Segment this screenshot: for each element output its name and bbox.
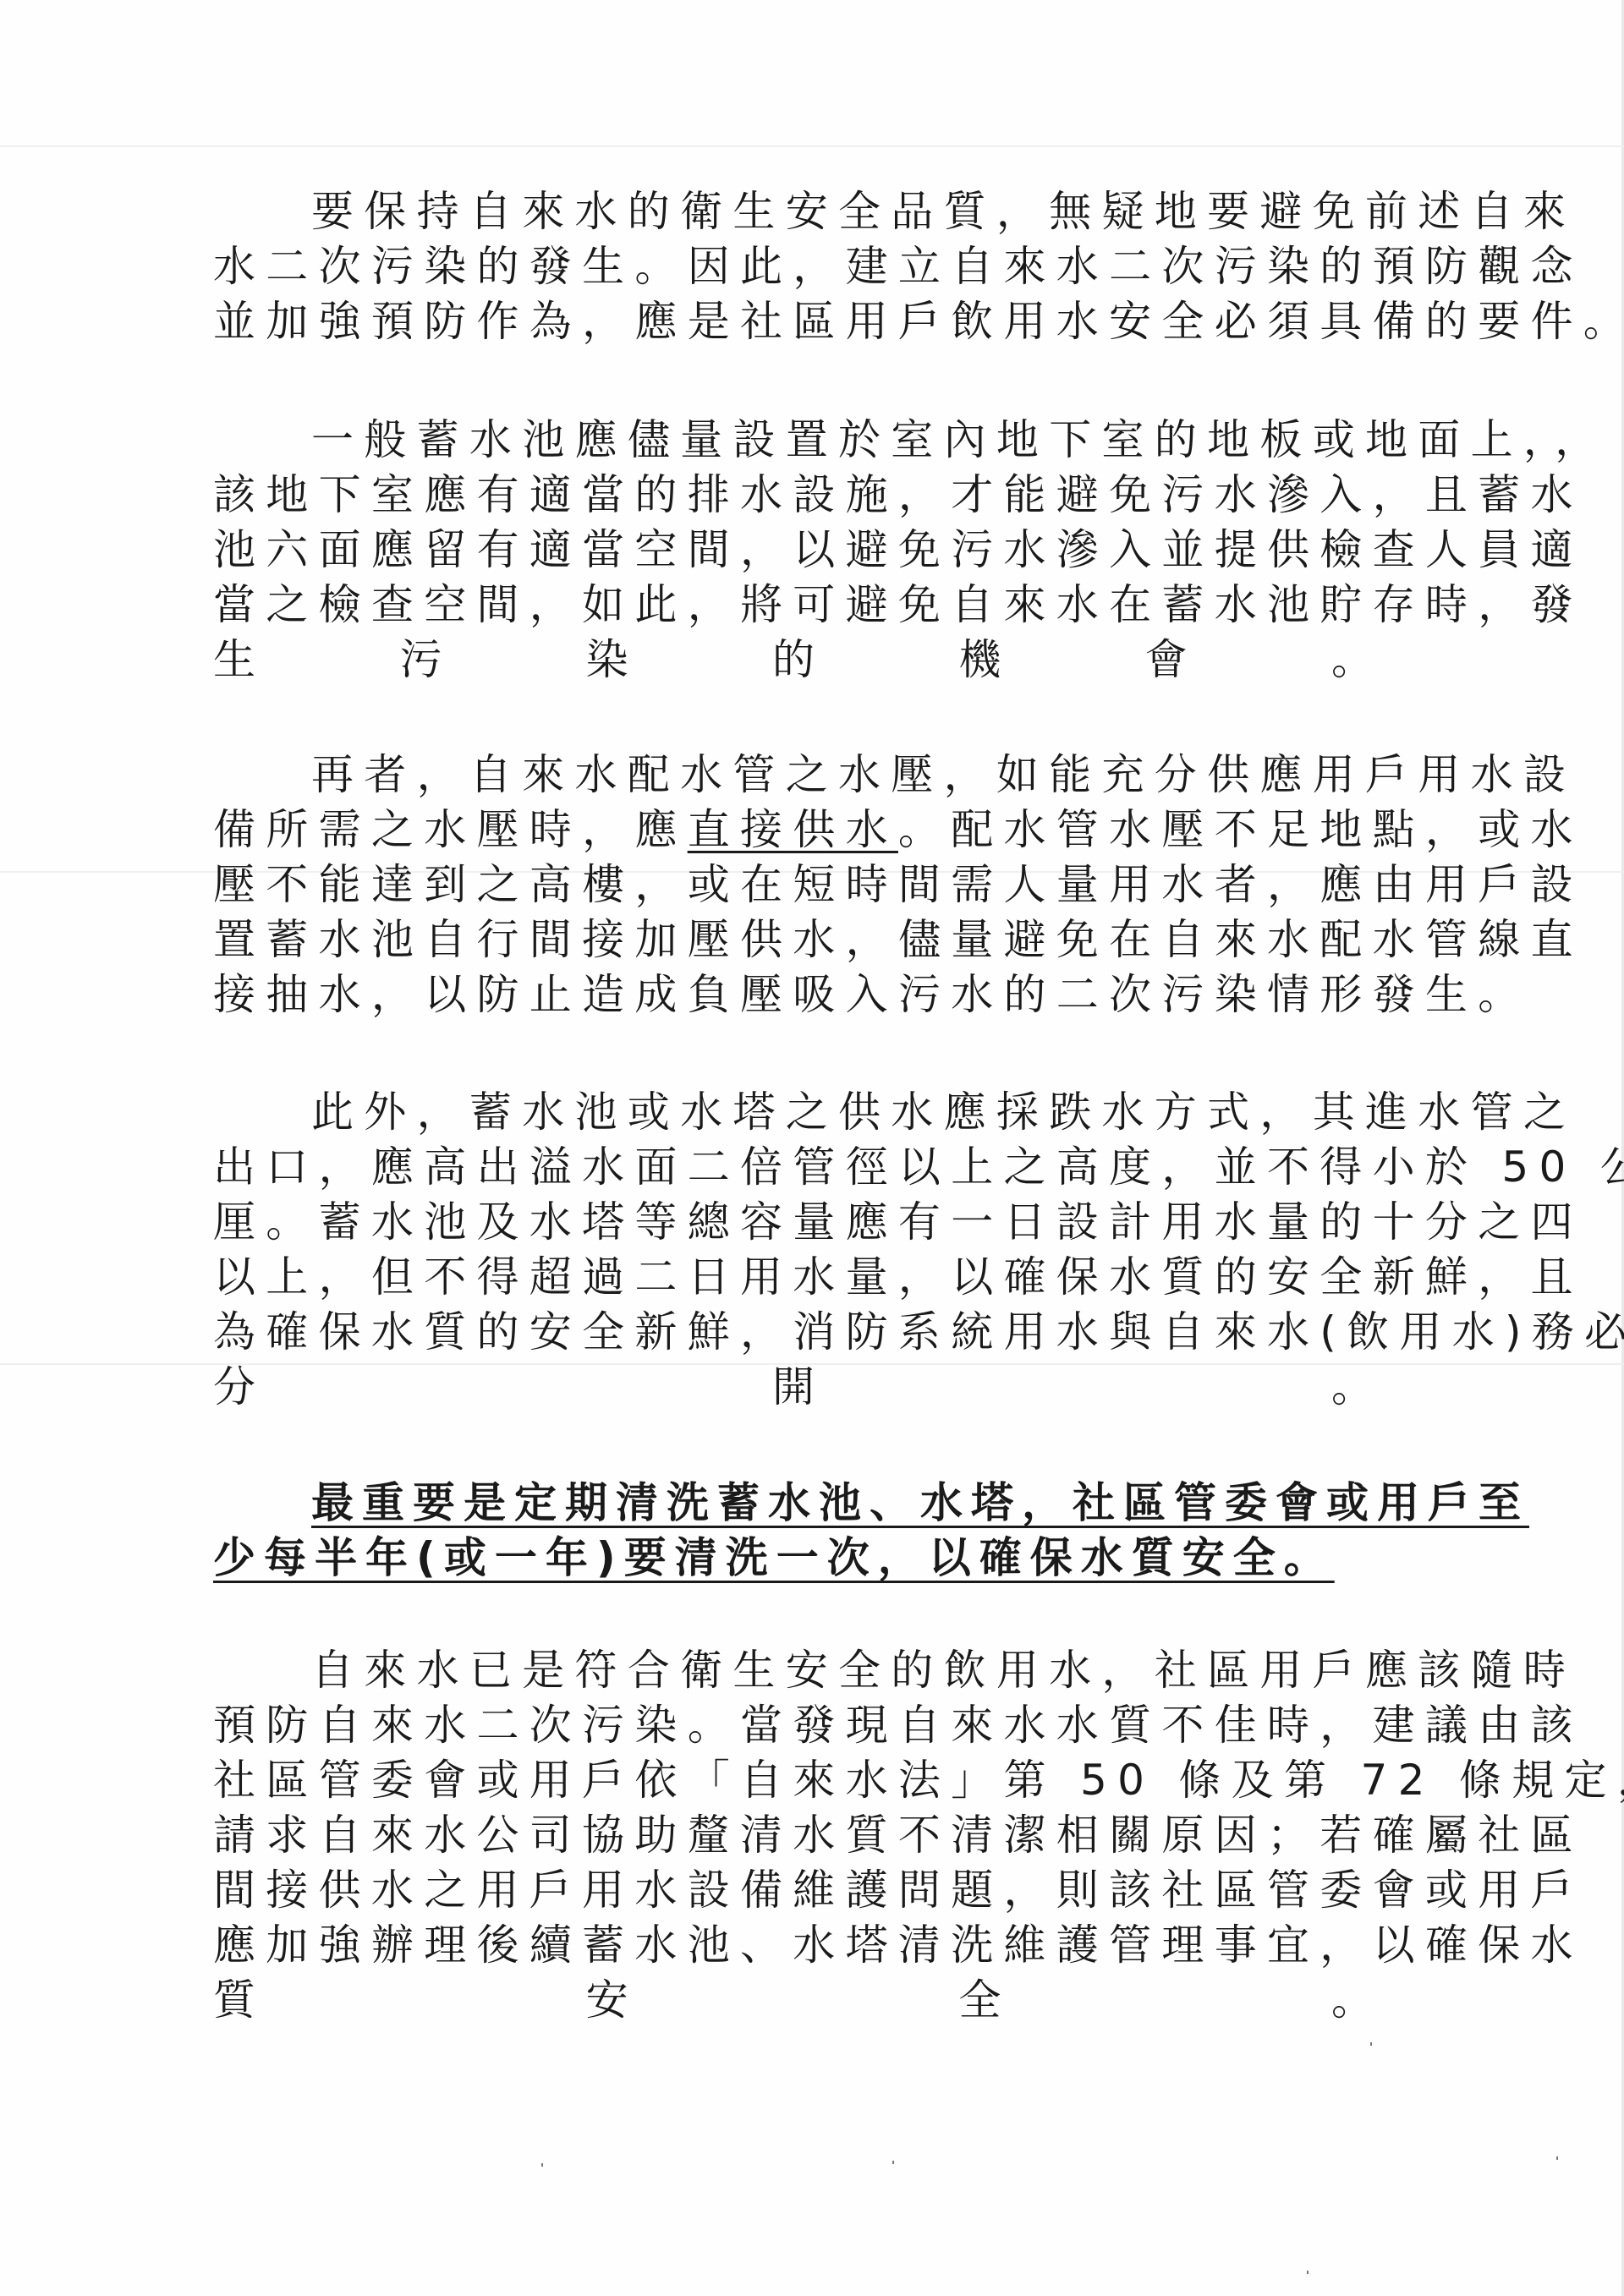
char: 的 bbox=[772, 633, 815, 688]
text-line-with-underline: 備所需之水壓時，應直接供水。配水管水壓不足地點，或水 bbox=[213, 803, 1391, 858]
text-line-justified: 生 污 染 的 機 會 。 bbox=[213, 633, 1391, 688]
text-line: 水二次污染的發生。因此，建立自來水二次污染的預防觀念 bbox=[213, 239, 1391, 294]
scan-speck bbox=[1307, 2271, 1309, 2274]
scan-speck bbox=[892, 2161, 894, 2164]
text-line-emphasis: 少每半年(或一年)要清洗一次，以確保水質安全。 bbox=[213, 1531, 1391, 1586]
text-line-emphasis: 最重要是定期清洗蓄水池、水塔，社區管委會或用戶至 bbox=[213, 1476, 1391, 1531]
char: 分 bbox=[213, 1360, 255, 1415]
paragraph-water-quality-intro: 要保持自來水的衛生安全品質，無疑地要避免前述自來 水二次污染的發生。因此，建立自… bbox=[213, 184, 1391, 349]
text-segment: 備所需之水壓時，應 bbox=[213, 805, 688, 854]
text-line: 為確保水質的安全新鮮，消防系統用水與自來水(飲用水)務必 bbox=[213, 1305, 1391, 1360]
char: 污 bbox=[399, 633, 442, 688]
text-line: 接抽水，以防止造成負壓吸入污水的二次污染情形發生。 bbox=[213, 967, 1391, 1022]
text-line: 自來水已是符合衛生安全的飲用水，社區用戶應該隨時 bbox=[213, 1643, 1391, 1698]
paragraph-direct-supply: 再者，自來水配水管之水壓，如能充分供應用戶用水設 備所需之水壓時，應直接供水。配… bbox=[213, 748, 1391, 1022]
scan-speck bbox=[541, 2163, 543, 2167]
char: 。 bbox=[1331, 633, 1374, 688]
text-line: 置蓄水池自行間接加壓供水，儘量避免在自來水配水管線直 bbox=[213, 912, 1391, 967]
underlined-text: 最重要是定期清洗蓄水池、水塔，社區管委會或用戶至 bbox=[311, 1478, 1529, 1527]
text-line: 池六面應留有適當空間，以避免污水滲入並提供檢查人員適 bbox=[213, 523, 1391, 578]
char: 。 bbox=[1331, 1360, 1374, 1415]
text-line: 預防自來水二次污染。當發現自來水水質不佳時，建議由該 bbox=[213, 1698, 1391, 1753]
char: 安 bbox=[586, 1973, 628, 2028]
paragraph-cleaning-emphasis: 最重要是定期清洗蓄水池、水塔，社區管委會或用戶至 少每半年(或一年)要清洗一次，… bbox=[213, 1476, 1391, 1586]
char: 染 bbox=[586, 633, 628, 688]
scan-speck bbox=[1556, 2156, 1558, 2160]
char: 會 bbox=[1145, 633, 1188, 688]
text-line: 該地下室應有適當的排水設施，才能避免污水滲入，且蓄水 bbox=[213, 468, 1391, 523]
text-line: 間接供水之用戶用水設備維護問題，則該社區管委會或用戶 bbox=[213, 1863, 1391, 1918]
char: 。 bbox=[1331, 1973, 1374, 2028]
text-line: 社區管委會或用戶依「自來水法」第 50 條及第 72 條規定， bbox=[213, 1753, 1391, 1808]
char: 全 bbox=[958, 1973, 1001, 2028]
paragraph-reservoir-placement: 一般蓄水池應儘量設置於室內地下室的地板或地面上，， 該地下室應有適當的排水設施，… bbox=[213, 413, 1391, 688]
char: 生 bbox=[213, 633, 255, 688]
text-line: 厘。蓄水池及水塔等總容量應有一日設計用水量的十分之四 bbox=[213, 1195, 1391, 1250]
text-segment: 。配水管水壓不足地點，或水 bbox=[898, 805, 1583, 854]
paragraph-secondary-contamination: 自來水已是符合衛生安全的飲用水，社區用戶應該隨時 預防自來水二次污染。當發現自來… bbox=[213, 1643, 1391, 2028]
paragraph-tank-capacity: 此外，蓄水池或水塔之供水應採跌水方式，其進水管之 出口，應高出溢水面二倍管徑以上… bbox=[213, 1085, 1391, 1415]
underlined-text: 少每半年(或一年)要清洗一次，以確保水質安全。 bbox=[213, 1533, 1335, 1582]
text-line: 要保持自來水的衛生安全品質，無疑地要避免前述自來 bbox=[213, 184, 1391, 239]
scan-artifact-band bbox=[0, 145, 1624, 147]
char: 開 bbox=[772, 1360, 815, 1415]
char: 機 bbox=[958, 633, 1001, 688]
char: 質 bbox=[213, 1973, 255, 2028]
text-line: 以上，但不得超過二日用水量，以確保水質的安全新鮮，且 bbox=[213, 1250, 1391, 1305]
text-line-justified: 分 開 。 bbox=[213, 1360, 1391, 1415]
text-line: 一般蓄水池應儘量設置於室內地下室的地板或地面上，， bbox=[213, 413, 1391, 468]
text-line-justified: 質 安 全 。 bbox=[213, 1973, 1391, 2028]
text-line: 請求自來水公司協助釐清水質不清潔相關原因；若確屬社區 bbox=[213, 1808, 1391, 1863]
text-line: 當之檢查空間，如此，將可避免自來水在蓄水池貯存時，發 bbox=[213, 578, 1391, 633]
text-line: 應加強辦理後續蓄水池、水塔清洗維護管理事宜，以確保水 bbox=[213, 1918, 1391, 1973]
text-line: 壓不能達到之高樓，或在短時間需人量用水者，應由用戶設 bbox=[213, 858, 1391, 912]
underlined-phrase: 直接供水 bbox=[688, 805, 898, 854]
text-line: 此外，蓄水池或水塔之供水應採跌水方式，其進水管之 bbox=[213, 1085, 1391, 1140]
scan-speck bbox=[1370, 2042, 1372, 2046]
scanned-page: 要保持自來水的衛生安全品質，無疑地要避免前述自來 水二次污染的發生。因此，建立自… bbox=[0, 0, 1624, 2296]
text-line: 並加強預防作為，應是社區用戶飲用水安全必須具備的要件。 bbox=[213, 294, 1391, 349]
text-line: 再者，自來水配水管之水壓，如能充分供應用戶用水設 bbox=[213, 748, 1391, 803]
text-line: 出口，應高出溢水面二倍管徑以上之高度，並不得小於 50 公 bbox=[213, 1140, 1391, 1195]
